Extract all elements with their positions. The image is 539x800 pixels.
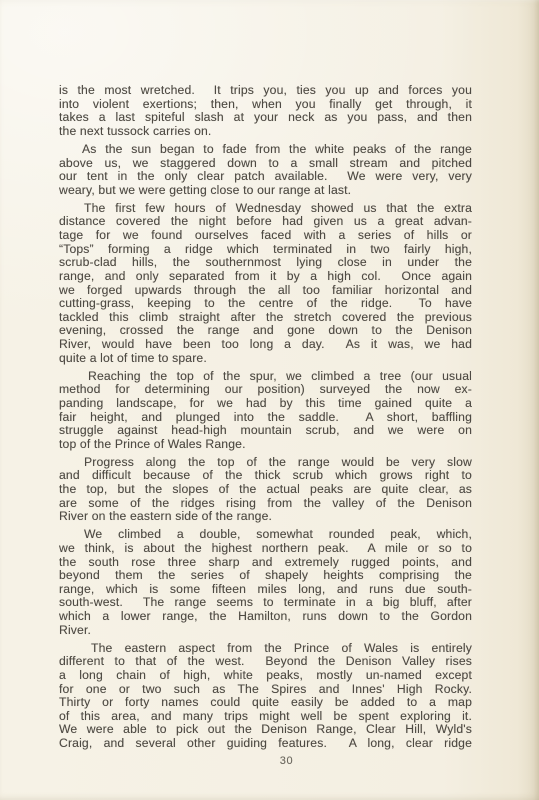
page-text: is the most wretched. It trips you, ties… xyxy=(59,84,472,751)
page-number: 30 xyxy=(17,755,539,767)
paragraph: As the sun began to fade from the white … xyxy=(59,143,472,197)
text-line: we forged upwards through the all too fa… xyxy=(59,284,472,298)
text-line: Progress along the top of the range woul… xyxy=(59,456,472,470)
text-line: are some of the ridges rising from the v… xyxy=(59,497,472,511)
text-line: the top, but the slopes of the actual pe… xyxy=(59,483,472,497)
text-line: the south rose three sharp and extremely… xyxy=(59,556,472,570)
paragraph: Progress along the top of the range woul… xyxy=(59,456,472,524)
text-line: Craig, and several other guiding feature… xyxy=(59,737,472,751)
text-line: The first few hours of Wednesday showed … xyxy=(59,202,472,216)
text-line: into violent exertions; then, when you f… xyxy=(59,98,472,112)
text-line: distance covered the night before had gi… xyxy=(59,215,472,229)
text-line: our tent in the only clear patch availab… xyxy=(59,170,472,184)
text-line: struggle against head-high mountain scru… xyxy=(59,424,472,438)
text-line: We were able to pick out the Denison Ran… xyxy=(59,723,472,737)
text-line: we think, is about the highest northern … xyxy=(59,542,472,556)
text-line: River on the eastern side of the range. xyxy=(59,510,472,524)
text-line: is the most wretched. It trips you, ties… xyxy=(59,84,472,98)
text-line: of this area, and many trips might well … xyxy=(59,710,472,724)
paragraph: The eastern aspect from the Prince of Wa… xyxy=(59,642,472,751)
text-line: As the sun began to fade from the white … xyxy=(59,143,472,157)
text-line: The eastern aspect from the Prince of Wa… xyxy=(59,642,472,656)
text-line: a long chain of high, white peaks, mostl… xyxy=(59,669,472,683)
text-line: beyond them the series of shapely height… xyxy=(59,569,472,583)
text-line: River. xyxy=(59,624,472,638)
text-line: cutting-grass, keeping to the centre of … xyxy=(59,297,472,311)
text-line: evening, crossed the range and gone down… xyxy=(59,324,472,338)
text-line: panding landscape, for we had by this ti… xyxy=(59,397,472,411)
text-line: takes a last spiteful slash at your neck… xyxy=(59,111,472,125)
text-line: different to that of the west. Beyond th… xyxy=(59,655,472,669)
paragraph: Reaching the top of the spur, we climbed… xyxy=(59,370,472,452)
text-line: Thirty or forty names could quite easily… xyxy=(59,696,472,710)
text-line: River, would have been too long a day. A… xyxy=(59,338,472,352)
text-line: quite a lot of time to spare. xyxy=(59,352,472,366)
text-line: method for determining our position) sur… xyxy=(59,383,472,397)
text-line: tackled this climb straight after the st… xyxy=(59,311,472,325)
text-line: fair height, and plunged into the saddle… xyxy=(59,411,472,425)
text-line: above us, we staggered down to a small s… xyxy=(59,157,472,171)
text-line: the next tussock carries on. xyxy=(59,125,472,139)
paragraph: is the most wretched. It trips you, ties… xyxy=(59,84,472,138)
text-line: and difficult because of the thick scrub… xyxy=(59,469,472,483)
text-line: range, which is some fifteen miles long,… xyxy=(59,583,472,597)
paragraph: We climbed a double, somewhat rounded pe… xyxy=(59,528,472,637)
text-line: top of the Prince of Wales Range. xyxy=(59,438,472,452)
text-line: which a lower range, the Hamilton, runs … xyxy=(59,610,472,624)
scanned-book-page: is the most wretched. It trips you, ties… xyxy=(0,0,539,800)
text-line: south-west. The range seems to terminate… xyxy=(59,596,472,610)
text-line: tage for we found ourselves faced with a… xyxy=(59,229,472,243)
paragraph: The first few hours of Wednesday showed … xyxy=(59,202,472,365)
text-line: scrub-clad hills, the southernmost lying… xyxy=(59,256,472,270)
text-line: We climbed a double, somewhat rounded pe… xyxy=(59,528,472,542)
text-line: “Tops” forming a ridge which terminated … xyxy=(59,243,472,257)
text-line: range, and only separated from it by a h… xyxy=(59,270,472,284)
text-line: weary, but we were getting close to our … xyxy=(59,184,472,198)
text-line: Reaching the top of the spur, we climbed… xyxy=(59,370,472,384)
text-line: for one or two such as The Spires and In… xyxy=(59,683,472,697)
